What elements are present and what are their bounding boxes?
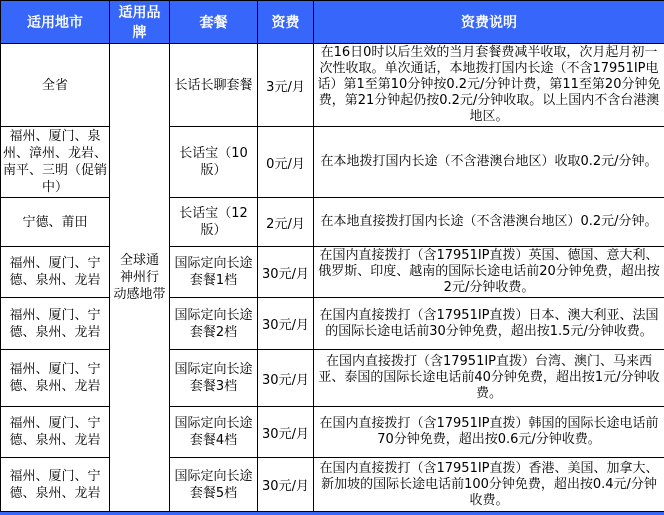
fee-cell: 3元/月 [258, 44, 314, 127]
header-row: 适用地市 适用品牌 套餐 资费 资费说明 [1, 1, 664, 44]
desc-cell: 在国内直接拨打（含17951IP直拨）台湾、澳门、马来西亚、泰国的国际长途电话前… [314, 350, 664, 407]
fee-cell: 30元/月 [258, 298, 314, 350]
package-cell: 长话宝（12版） [170, 198, 258, 247]
header-cell-fee: 资费 [258, 1, 314, 44]
table-row: 福州、厦门、泉州、漳州、龙岩、南平、三明（促销中） 长话宝（10版） 0元/月 … [1, 127, 664, 198]
package-cell: 长话长聊套餐 [170, 44, 258, 127]
header-cell-brand: 适用品牌 [110, 1, 170, 44]
desc-cell: 在16日0时以后生效的当月套餐费减半收取，次月起月初一次性收取。单次通话，本地拨… [314, 44, 664, 127]
header-cell-package: 套餐 [170, 1, 258, 44]
city-cell: 福州、厦门、宁德、泉州、龙岩 [1, 350, 110, 407]
desc-cell: 在本地拨打国内长途（不含港澳台地区）收取0.2元/分钟。 [314, 127, 664, 198]
fee-cell: 2元/月 [258, 198, 314, 247]
package-cell: 国际定向长途套餐2档 [170, 298, 258, 350]
city-cell: 福州、厦门、宁德、泉州、龙岩 [1, 458, 110, 512]
city-cell: 全省 [1, 44, 110, 127]
table-row: 宁德、莆田 长话宝（12版） 2元/月 在本地直接拨打国内长途（不含港澳台地区）… [1, 198, 664, 247]
table-row: 福州、厦门、宁德、泉州、龙岩 国际定向长途套餐1档 30元/月 在国内直接拨打（… [1, 247, 664, 298]
desc-cell: 在国内直接拨打（含17951IP直拨）香港、美国、加拿大、新加坡的国际长途电话前… [314, 458, 664, 512]
desc-cell: 在国内直接拨打（含17951IP直拨）韩国的国际长途电话前70分钟免费，超出按0… [314, 407, 664, 458]
package-cell: 国际定向长途套餐5档 [170, 458, 258, 512]
fee-cell: 30元/月 [258, 407, 314, 458]
city-cell: 福州、厦门、宁德、泉州、龙岩 [1, 407, 110, 458]
tariff-table: 适用地市 适用品牌 套餐 资费 资费说明 全省 全球通 神州行 动感地带 长话长… [0, 0, 664, 512]
table-row: 全省 全球通 神州行 动感地带 长话长聊套餐 3元/月 在16日0时以后生效的当… [1, 44, 664, 127]
brand-cell: 全球通 神州行 动感地带 [110, 44, 170, 512]
table-row: 福州、厦门、宁德、泉州、龙岩 国际定向长途套餐2档 30元/月 在国内直接拨打（… [1, 298, 664, 350]
header-cell-city: 适用地市 [1, 1, 110, 44]
desc-cell: 在国内直接拨打（含17951IP直拨）英国、德国、意大利、俄罗斯、印度、越南的国… [314, 247, 664, 298]
desc-cell: 在本地直接拨打国内长途（不含港澳台地区）0.2元/分钟。 [314, 198, 664, 247]
city-cell: 福州、厦门、宁德、泉州、龙岩 [1, 247, 110, 298]
desc-cell: 在国内直接拨打（含17951IP直拨）日本、澳大利亚、法国的国际长途电话前30分… [314, 298, 664, 350]
city-cell: 福州、厦门、泉州、漳州、龙岩、南平、三明（促销中） [1, 127, 110, 198]
package-cell: 国际定向长途套餐4档 [170, 407, 258, 458]
brand-line: 全球通 [112, 252, 167, 269]
fee-cell: 30元/月 [258, 247, 314, 298]
table-row: 福州、厦门、宁德、泉州、龙岩 国际定向长途套餐5档 30元/月 在国内直接拨打（… [1, 458, 664, 512]
city-cell: 福州、厦门、宁德、泉州、龙岩 [1, 298, 110, 350]
table-row: 福州、厦门、宁德、泉州、龙岩 国际定向长途套餐3档 30元/月 在国内直接拨打（… [1, 350, 664, 407]
brand-line: 神州行 [112, 269, 167, 286]
package-cell: 国际定向长途套餐3档 [170, 350, 258, 407]
package-cell: 长话宝（10版） [170, 127, 258, 198]
fee-cell: 30元/月 [258, 458, 314, 512]
table-row: 福州、厦门、宁德、泉州、龙岩 国际定向长途套餐4档 30元/月 在国内直接拨打（… [1, 407, 664, 458]
city-cell: 宁德、莆田 [1, 198, 110, 247]
package-cell: 国际定向长途套餐1档 [170, 247, 258, 298]
fee-cell: 0元/月 [258, 127, 314, 198]
header-cell-desc: 资费说明 [314, 1, 664, 44]
brand-line: 动感地带 [112, 286, 167, 303]
fee-cell: 30元/月 [258, 350, 314, 407]
